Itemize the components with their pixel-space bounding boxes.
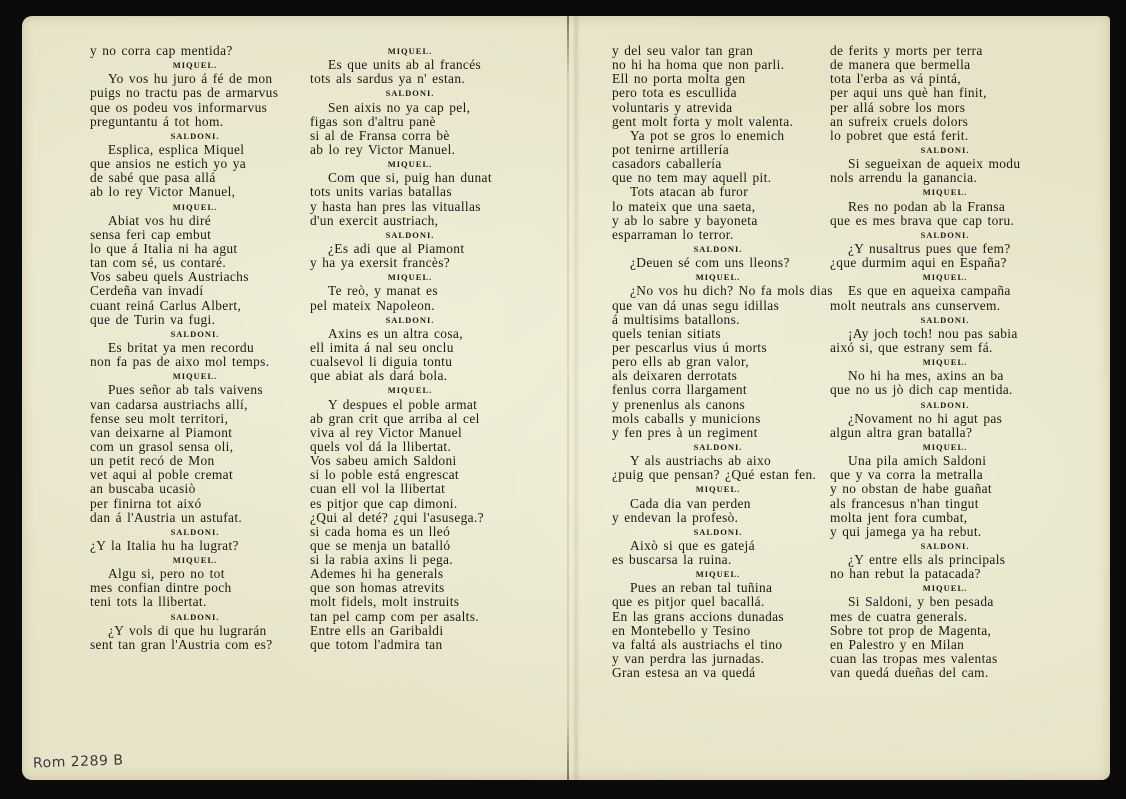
verse-line: si cada homa es un lleó [310, 525, 510, 539]
verse-line: No hi ha mes, axins an ba [830, 369, 1060, 383]
verse-line: ¿Qui al deté? ¿qui l'asusega.? [310, 511, 510, 525]
verse-line: gent molt forta y molt valenta. [612, 115, 824, 129]
verse-line: y endevan la profesò. [612, 511, 824, 525]
verse-line: dan á l'Austria un astufat. [90, 511, 300, 525]
verse-line: y no corra cap mentida? [90, 44, 300, 58]
speaker-label: SALDONI. [830, 228, 1060, 242]
speaker-label: MIQUEL. [612, 270, 824, 284]
verse-line: casadors caballería [612, 157, 824, 171]
verse-line: de ferits y morts per terra [830, 44, 1060, 58]
verse-line: Y despues el poble armat [310, 398, 510, 412]
verse-line: cuan las tropas mes valentas [830, 652, 1060, 666]
verse-line: que es mes brava que cap toru. [830, 214, 1060, 228]
verse-line: y del seu valor tan gran [612, 44, 824, 58]
verse-line: mols caballs y municions [612, 412, 824, 426]
verse-line: que van dá unas segu idillas [612, 299, 824, 313]
verse-line: Es que en aqueixa campaña [830, 284, 1060, 298]
speaker-label: SALDONI. [90, 610, 300, 624]
verse-line: Entre ells an Garibaldi [310, 624, 510, 638]
verse-line: ¿que durmim aqui en España? [830, 256, 1060, 270]
verse-line: y ha ya exersit francès? [310, 256, 510, 270]
page-fold [567, 16, 569, 780]
verse-line: que ansios ne estich yo ya [90, 157, 300, 171]
verse-line: ¿No vos hu dich? No fa mols dias [612, 284, 824, 298]
verse-line: per finirna tot aixó [90, 497, 300, 511]
verse-line: Pues an reban tal tuñina [612, 581, 824, 595]
verse-line: ab lo rey Victor Manuel, [90, 185, 300, 199]
verse-line: en Palestro y en Milan [830, 638, 1060, 652]
verse-line: van deixarne al Piamont [90, 426, 300, 440]
verse-line: va faltá als austriachs el tino [612, 638, 824, 652]
verse-line: Una pila amich Saldoni [830, 454, 1060, 468]
verse-line: Es que units ab al francés [310, 58, 510, 72]
verse-line: per allá sobre los mors [830, 101, 1060, 115]
speaker-label: MIQUEL. [90, 369, 300, 383]
verse-line: viva al rey Victor Manuel [310, 426, 510, 440]
verse-line: als francesus n'han tingut [830, 497, 1060, 511]
speaker-label: SALDONI. [612, 525, 824, 539]
verse-line: Tots atacan ab furor [612, 185, 824, 199]
verse-line: teni tots la llibertat. [90, 595, 300, 609]
verse-line: ab gran crit que arriba al cel [310, 412, 510, 426]
verse-line: vet aqui al poble cremat [90, 468, 300, 482]
speaker-label: MIQUEL. [612, 482, 824, 496]
verse-line: ¿Y entre ells als principals [830, 553, 1060, 567]
speaker-label: MIQUEL. [612, 567, 824, 581]
verse-line: cuan ell vol la llibertat [310, 482, 510, 496]
verse-line: en Montebello y Tesino [612, 624, 824, 638]
verse-line: sensa feri cap embut [90, 228, 300, 242]
speaker-label: SALDONI. [310, 86, 510, 100]
verse-line: que se menja un batalló [310, 539, 510, 553]
verse-line: als deixaren derrotats [612, 369, 824, 383]
verse-line: puigs no tractu pas de armarvus [90, 86, 300, 100]
verse-line: ¿Y nusaltrus pues que fem? [830, 242, 1060, 256]
verse-line: Cerdeña van invadí [90, 284, 300, 298]
verse-line: ¿Deuen sé com uns lleons? [612, 256, 824, 270]
verse-line: ¿Novament no hi agut pas [830, 412, 1060, 426]
verse-line: que no tem may aquell pit. [612, 171, 824, 185]
verse-line: esparraman lo terror. [612, 228, 824, 242]
verse-line: aixó si, que estrany sem fá. [830, 341, 1060, 355]
verse-line: que totom l'admira tan [310, 638, 510, 652]
shelfmark-annotation: Rom 2289 B [33, 752, 124, 771]
verse-line: pero tota es escullida [612, 86, 824, 100]
verse-line: y van perdra las jurnadas. [612, 652, 824, 666]
verse-line: si al de Fransa corra bè [310, 129, 510, 143]
verse-line: van cadarsa austriachs allí, [90, 398, 300, 412]
verse-line: figas son d'altru panè [310, 115, 510, 129]
speaker-label: SALDONI. [310, 228, 510, 242]
speaker-label: SALDONI. [830, 313, 1060, 327]
verse-line: mes confian dintre poch [90, 581, 300, 595]
verse-line: lo mateix que una saeta, [612, 200, 824, 214]
verse-line: ell imita á nal seu onclu [310, 341, 510, 355]
verse-line: y qui jamega ya ha rebut. [830, 525, 1060, 539]
speaker-label: MIQUEL. [830, 270, 1060, 284]
verse-line: Ya pot se gros lo enemich [612, 129, 824, 143]
verse-line: que os podeu vos informarvus [90, 101, 300, 115]
speaker-label: SALDONI. [612, 440, 824, 454]
verse-line: per pescarlus vius ú morts [612, 341, 824, 355]
speaker-label: MIQUEL. [90, 58, 300, 72]
verse-line: á multisims batallons. [612, 313, 824, 327]
verse-line: es pitjor que cap dimoni. [310, 497, 510, 511]
verse-line: Es britat ya men recordu [90, 341, 300, 355]
verse-line: de sabé que pasa allá [90, 171, 300, 185]
verse-line: lo pobret que está ferit. [830, 129, 1060, 143]
column-left-page-1: y no corra cap mentida?MIQUEL.Yo vos hu … [90, 44, 300, 652]
speaker-label: SALDONI. [310, 313, 510, 327]
verse-line: Y als austriachs ab aixo [612, 454, 824, 468]
verse-line: Això si que es gatejá [612, 539, 824, 553]
verse-line: si la rabia axins li pega. [310, 553, 510, 567]
verse-line: no han rebut la patacada? [830, 567, 1060, 581]
verse-line: fenlus corra llargament [612, 383, 824, 397]
verse-line: Cada dia van perden [612, 497, 824, 511]
verse-line: molta jent fora cumbat, [830, 511, 1060, 525]
speaker-label: SALDONI. [830, 143, 1060, 157]
verse-line: tots units varias batallas [310, 185, 510, 199]
verse-line: pel mateix Napoleon. [310, 299, 510, 313]
verse-line: Vos sabeu quels Austriachs [90, 270, 300, 284]
verse-line: tots als sardus ya n' estan. [310, 72, 510, 86]
verse-line: En las grans accions dunadas [612, 610, 824, 624]
verse-line: Ell no porta molta gen [612, 72, 824, 86]
speaker-label: SALDONI. [830, 398, 1060, 412]
verse-line: cualsevol li diguia tontu [310, 355, 510, 369]
verse-line: Gran estesa an va quedá [612, 666, 824, 680]
verse-line: d'un exercit austriach, [310, 214, 510, 228]
verse-line: si lo poble está engrescat [310, 468, 510, 482]
column-right-page-1: y del seu valor tan granno hi ha homa qu… [612, 44, 824, 680]
verse-line: y no obstan de habe guañat [830, 482, 1060, 496]
verse-line: ¿Y la Italia hu ha lugrat? [90, 539, 300, 553]
verse-line: pot tenirne artillería [612, 143, 824, 157]
verse-line: quels tenian sitiats [612, 327, 824, 341]
verse-line: Sobre tot prop de Magenta, [830, 624, 1060, 638]
verse-line: y ab lo sabre y bayoneta [612, 214, 824, 228]
speaker-label: MIQUEL. [830, 355, 1060, 369]
verse-line: Abiat vos hu diré [90, 214, 300, 228]
column-right-page-2: de ferits y morts per terrade manera que… [830, 44, 1060, 680]
verse-line: van quedá dueñas del cam. [830, 666, 1060, 680]
verse-line: que de Turin va fugi. [90, 313, 300, 327]
speaker-label: MIQUEL. [830, 440, 1060, 454]
verse-line: molt fidels, molt instruits [310, 595, 510, 609]
speaker-label: MIQUEL. [90, 200, 300, 214]
speaker-label: MIQUEL. [310, 157, 510, 171]
speaker-label: MIQUEL. [830, 185, 1060, 199]
verse-line: fense seu molt territori, [90, 412, 300, 426]
verse-line: y prenenlus als canons [612, 398, 824, 412]
verse-line: preguntantu á tot hom. [90, 115, 300, 129]
speaker-label: SALDONI. [90, 525, 300, 539]
verse-line: Te reò, y manat es [310, 284, 510, 298]
verse-line: Axins es un altra cosa, [310, 327, 510, 341]
verse-line: ¿Es adi que al Piamont [310, 242, 510, 256]
speaker-label: MIQUEL. [90, 553, 300, 567]
speaker-label: SALDONI. [612, 242, 824, 256]
verse-line: que no us jò dich cap mentida. [830, 383, 1060, 397]
verse-line: Yo vos hu juro á fé de mon [90, 72, 300, 86]
verse-line: an buscaba ucasiò [90, 482, 300, 496]
verse-line: non fa pas de aixo mol temps. [90, 355, 300, 369]
verse-line: Sen aixis no ya cap pel, [310, 101, 510, 115]
verse-line: Ademes hi ha generals [310, 567, 510, 581]
verse-line: algun altra gran batalla? [830, 426, 1060, 440]
verse-line: an sufreix cruels dolors [830, 115, 1060, 129]
verse-line: mes de cuatra generals. [830, 610, 1060, 624]
verse-line: lo que á Italia ni ha agut [90, 242, 300, 256]
verse-line: que es pitjor quel bacallá. [612, 595, 824, 609]
verse-line: Si Saldoni, y ben pesada [830, 595, 1060, 609]
verse-line: Pues señor ab tals vaivens [90, 383, 300, 397]
verse-line: tan com sé, us contaré. [90, 256, 300, 270]
verse-line: ¿puig que pensan? ¿Qué estan fen. [612, 468, 824, 482]
speaker-label: SALDONI. [830, 539, 1060, 553]
verse-line: Algu si, pero no tot [90, 567, 300, 581]
verse-line: que son homas atrevits [310, 581, 510, 595]
verse-line: Si segueixan de aqueix modu [830, 157, 1060, 171]
verse-line: voluntaris y atrevida [612, 101, 824, 115]
speaker-label: MIQUEL. [830, 581, 1060, 595]
verse-line: tota l'erba as vá pintá, [830, 72, 1060, 86]
verse-line: Vos sabeu amich Saldoni [310, 454, 510, 468]
verse-line: sent tan gran l'Austria com es? [90, 638, 300, 652]
column-left-page-2: MIQUEL.Es que units ab al francéstots al… [310, 44, 510, 652]
verse-line: no hi ha homa que non parli. [612, 58, 824, 72]
speaker-label: MIQUEL. [310, 270, 510, 284]
verse-line: ¿Y vols di que hu lugrarán [90, 624, 300, 638]
verse-line: quels vol dá la llibertat. [310, 440, 510, 454]
verse-line: com un grasol sensa oli, [90, 440, 300, 454]
verse-line: molt neutrals ans cunservem. [830, 299, 1060, 313]
verse-line: ¡Ay joch toch! nou pas sabia [830, 327, 1060, 341]
verse-line: de manera que bermella [830, 58, 1060, 72]
speaker-label: MIQUEL. [310, 44, 510, 58]
verse-line: es buscarsa la ruina. [612, 553, 824, 567]
verse-line: cuant reiná Carlus Albert, [90, 299, 300, 313]
verse-line: Res no podan ab la Fransa [830, 200, 1060, 214]
verse-line: un petit recó de Mon [90, 454, 300, 468]
speaker-label: SALDONI. [90, 327, 300, 341]
verse-line: y fen pres à un regiment [612, 426, 824, 440]
speaker-label: SALDONI. [90, 129, 300, 143]
verse-line: y hasta han pres las vituallas [310, 200, 510, 214]
verse-line: per aqui uns què han finit, [830, 86, 1060, 100]
verse-line: pero ells ab gran valor, [612, 355, 824, 369]
verse-line: ab lo rey Victor Manuel. [310, 143, 510, 157]
verse-line: nols arrendu la ganancia. [830, 171, 1060, 185]
verse-line: tan pel camp com per asalts. [310, 610, 510, 624]
verse-line: Esplica, esplica Miquel [90, 143, 300, 157]
verse-line: Com que si, puig han dunat [310, 171, 510, 185]
speaker-label: MIQUEL. [310, 383, 510, 397]
verse-line: que abiat als dará bola. [310, 369, 510, 383]
verse-line: que y va corra la metralla [830, 468, 1060, 482]
